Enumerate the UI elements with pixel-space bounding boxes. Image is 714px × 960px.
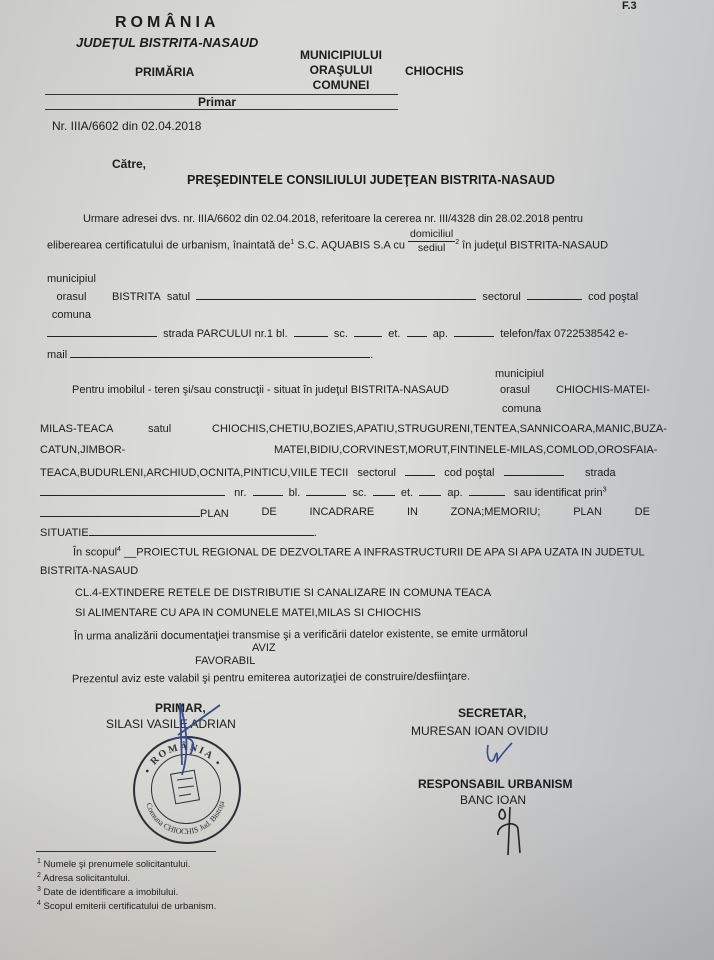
word: ZONA;MEMORIU; — [451, 506, 541, 520]
favorabil-label: FAVORABIL — [195, 655, 255, 667]
mayor-signature-icon — [160, 695, 240, 805]
issuer-label: Primar — [198, 95, 236, 109]
form-code: F.3 — [622, 0, 637, 12]
footnote-num: 3 — [37, 886, 41, 893]
footnote-2: 2 Adresa solicitantului. — [37, 870, 216, 884]
sectorul-label: sectorul — [357, 467, 396, 479]
scop-text: __PROIECTUL REGIONAL DE DEZVOLTARE A INF… — [124, 547, 645, 559]
purpose-line-2: BISTRITA-NASAUD — [40, 565, 138, 577]
satul-blank — [196, 289, 476, 300]
situatie-blank — [89, 525, 314, 536]
et-label: et. — [388, 328, 400, 340]
strada-blank — [40, 485, 225, 496]
situatie: SITUATIE — [40, 527, 89, 539]
property-line-7: SITUATIE. — [40, 525, 317, 539]
footnote-ref: 2 — [455, 239, 459, 246]
footnote-3: 3 Date de identificare a imobilului. — [37, 884, 216, 898]
secretary-signature-icon — [480, 735, 520, 775]
footnotes: 1 Numele şi prenumele solicitantului. 2 … — [37, 856, 216, 913]
footnote-ref: 3 — [603, 486, 607, 493]
unit-types: MUNICIPIULUI ORAŞULUI COMUNEI — [300, 48, 382, 93]
bl-blank — [306, 485, 346, 496]
word: PLAN — [573, 506, 602, 520]
nr-label: nr. — [234, 487, 246, 499]
word: PLAN — [200, 508, 229, 520]
sectorul-blank — [405, 465, 435, 476]
header-rule-bottom — [45, 109, 398, 110]
locality-type: comuna — [47, 306, 96, 324]
property-villages-1: CHIOCHIS,CHETIU,BOZIES,APATIU,STRUGURENI… — [212, 423, 667, 435]
applicant-city: BISTRITA — [112, 291, 161, 303]
identificare-blank — [40, 506, 200, 517]
sc-label: sc. — [334, 328, 348, 340]
word: IN — [407, 506, 418, 520]
cod-postal-blank — [47, 326, 157, 337]
footnote-text: Scopul emiterii certificatului de urbani… — [44, 902, 217, 913]
locality-type: orasul — [47, 288, 96, 306]
footnote-num: 4 — [37, 900, 41, 907]
frac-top: domiciliul — [408, 228, 455, 242]
analysis-text: În urma analizării documentaţiei transmi… — [74, 627, 528, 642]
cod-postal-blank — [504, 465, 564, 476]
footnote-ref: 4 — [117, 546, 121, 553]
frac-bottom: sediul — [408, 242, 455, 255]
strada-label: strada — [585, 467, 616, 479]
applicant-name: S.C. AQUABIS S.A cu — [297, 239, 405, 251]
ap-label: ap. — [447, 487, 462, 499]
footnote-num: 2 — [37, 872, 41, 879]
word: INCADRARE — [309, 506, 374, 520]
svg-text:Comuna CHIOCHIS Jud. Bistrița: Comuna CHIOCHIS Jud. Bistrița — [144, 800, 226, 837]
p2-type-municipiul: municipiul — [495, 368, 544, 380]
aviz-label: AVIZ — [252, 642, 276, 654]
unit-type-comuna: COMUNEI — [300, 78, 382, 93]
secretary-title: SECRETAR, — [458, 706, 526, 720]
property-line-3a: CATUN,JIMBOR- — [40, 444, 125, 456]
nr-blank — [253, 485, 283, 496]
scop-label: În scopul — [73, 547, 117, 559]
footnote-num: 1 — [37, 858, 41, 865]
property-villages-3: TEACA,BUDURLENI,ARCHIUD,OCNITA,PINTICU,V… — [40, 467, 348, 479]
footnote-4: 4 Scopul emiterii certificatului de urba… — [37, 898, 216, 912]
sc-blank — [373, 485, 395, 496]
footnote-text: Adresa solicitantului. — [43, 873, 130, 884]
sectorul-label: sectorul — [482, 291, 521, 303]
property-line-6: PLAN DE INCADRARE IN ZONA;MEMORIU; PLAN … — [40, 506, 650, 520]
urbanism-title: RESPONSABIL URBANISM — [418, 777, 572, 791]
et-label: et. — [401, 487, 413, 499]
property-line-5: nr. bl. sc. et. ap. sau identificat prin… — [40, 485, 607, 499]
footnote-rule — [36, 851, 216, 852]
email-label: mail — [47, 349, 67, 361]
bl-label: bl. — [289, 487, 301, 499]
paper-shading — [0, 0, 714, 960]
property-satul-label: satul — [148, 423, 171, 435]
reference-number: Nr. IIIA/6602 din 02.04.2018 — [52, 119, 201, 133]
word: DE — [261, 506, 276, 520]
recipient: PREŞEDINTELE CONSILIULUI JUDEŢEAN BISTRI… — [187, 173, 555, 187]
sc-label: sc. — [353, 487, 367, 499]
address-fraction: domiciliul sediul — [408, 228, 455, 255]
ap-blank — [469, 485, 505, 496]
footnote-ref: 1 — [290, 239, 294, 246]
property-locality: CHIOCHIS-MATEI- — [556, 384, 650, 396]
address-line-2: strada PARCULUI nr.1 bl. sc. et. ap. tel… — [47, 326, 628, 340]
unit-type-oras: ORAŞULUI — [300, 63, 382, 78]
county-title: JUDEȚUL BISTRITA-NASAUD — [76, 35, 258, 50]
address-line-1: BISTRITA satul sectorul cod poştal — [112, 289, 638, 303]
identificat-label: sau identificat prin — [514, 487, 603, 499]
word: DE — [635, 506, 650, 520]
address-line-3: mail . — [47, 347, 373, 361]
sc-blank — [354, 326, 382, 337]
locality-type: municipiul — [47, 270, 96, 288]
satul-label: satul — [167, 291, 190, 303]
sectorul-blank — [527, 289, 582, 300]
purpose-line-4: SI ALIMENTARE CU APA IN COMUNELE MATEI,M… — [75, 607, 421, 619]
p2-type-comuna: comuna — [502, 403, 541, 415]
street: strada PARCULUI nr.1 bl. — [163, 328, 288, 340]
ap-label: ap. — [433, 328, 448, 340]
property-line-1: Pentru imobilul - teren şi/sau construcţ… — [72, 384, 449, 396]
text: în judeţul BISTRITA-NASAUD — [462, 239, 608, 251]
et-blank — [407, 326, 427, 337]
cod-postal-label: cod poştal — [588, 291, 638, 303]
text: eliberearea certificatului de urbanism, … — [47, 239, 290, 251]
property-line-2a: MILAS-TEACA — [40, 423, 113, 435]
to-label: Către, — [112, 157, 146, 171]
paragraph-1-line-1: Urmare adresei dvs. nr. IIIA/6602 din 02… — [83, 213, 583, 225]
p2-type-orasul: orasul — [500, 384, 530, 396]
footnote-text: Date de identificare a imobilului. — [44, 887, 179, 898]
urbanism-signature-icon — [490, 805, 530, 865]
purpose-line-3: CL.4-EXTINDERE RETELE DE DISTRIBUTIE SI … — [75, 587, 491, 599]
footnote-text: Numele şi prenumele solicitantului. — [44, 859, 191, 870]
purpose-line-1: În scopul4 __PROIECTUL REGIONAL DE DEZVO… — [73, 546, 645, 559]
paragraph-1-line-2: eliberearea certificatului de urbanism, … — [47, 236, 608, 255]
et-blank — [419, 485, 441, 496]
unit-type-municipiu: MUNICIPIULUI — [300, 48, 382, 63]
footnote-1: 1 Numele şi prenumele solicitantului. — [37, 856, 216, 870]
country-title: ROMÂNIA — [115, 14, 219, 32]
validity-text: Prezentul aviz este valabil şi pentru em… — [72, 671, 470, 686]
ap-blank — [454, 326, 494, 337]
email-blank — [70, 347, 370, 358]
phone: telefon/fax 0722538542 e- — [500, 328, 628, 340]
property-villages-2: MATEI,BIDIU,CORVINEST,MORUT,FINTINELE-MI… — [274, 444, 657, 456]
bl-blank — [294, 326, 328, 337]
property-line-4: TEACA,BUDURLENI,ARCHIUD,OCNITA,PINTICU,V… — [40, 465, 616, 479]
institution-label: PRIMĂRIA — [135, 65, 194, 79]
unit-name: CHIOCHIS — [405, 64, 464, 78]
cod-postal-label: cod poştal — [444, 467, 494, 479]
locality-types: municipiul orasul comuna — [47, 270, 96, 324]
